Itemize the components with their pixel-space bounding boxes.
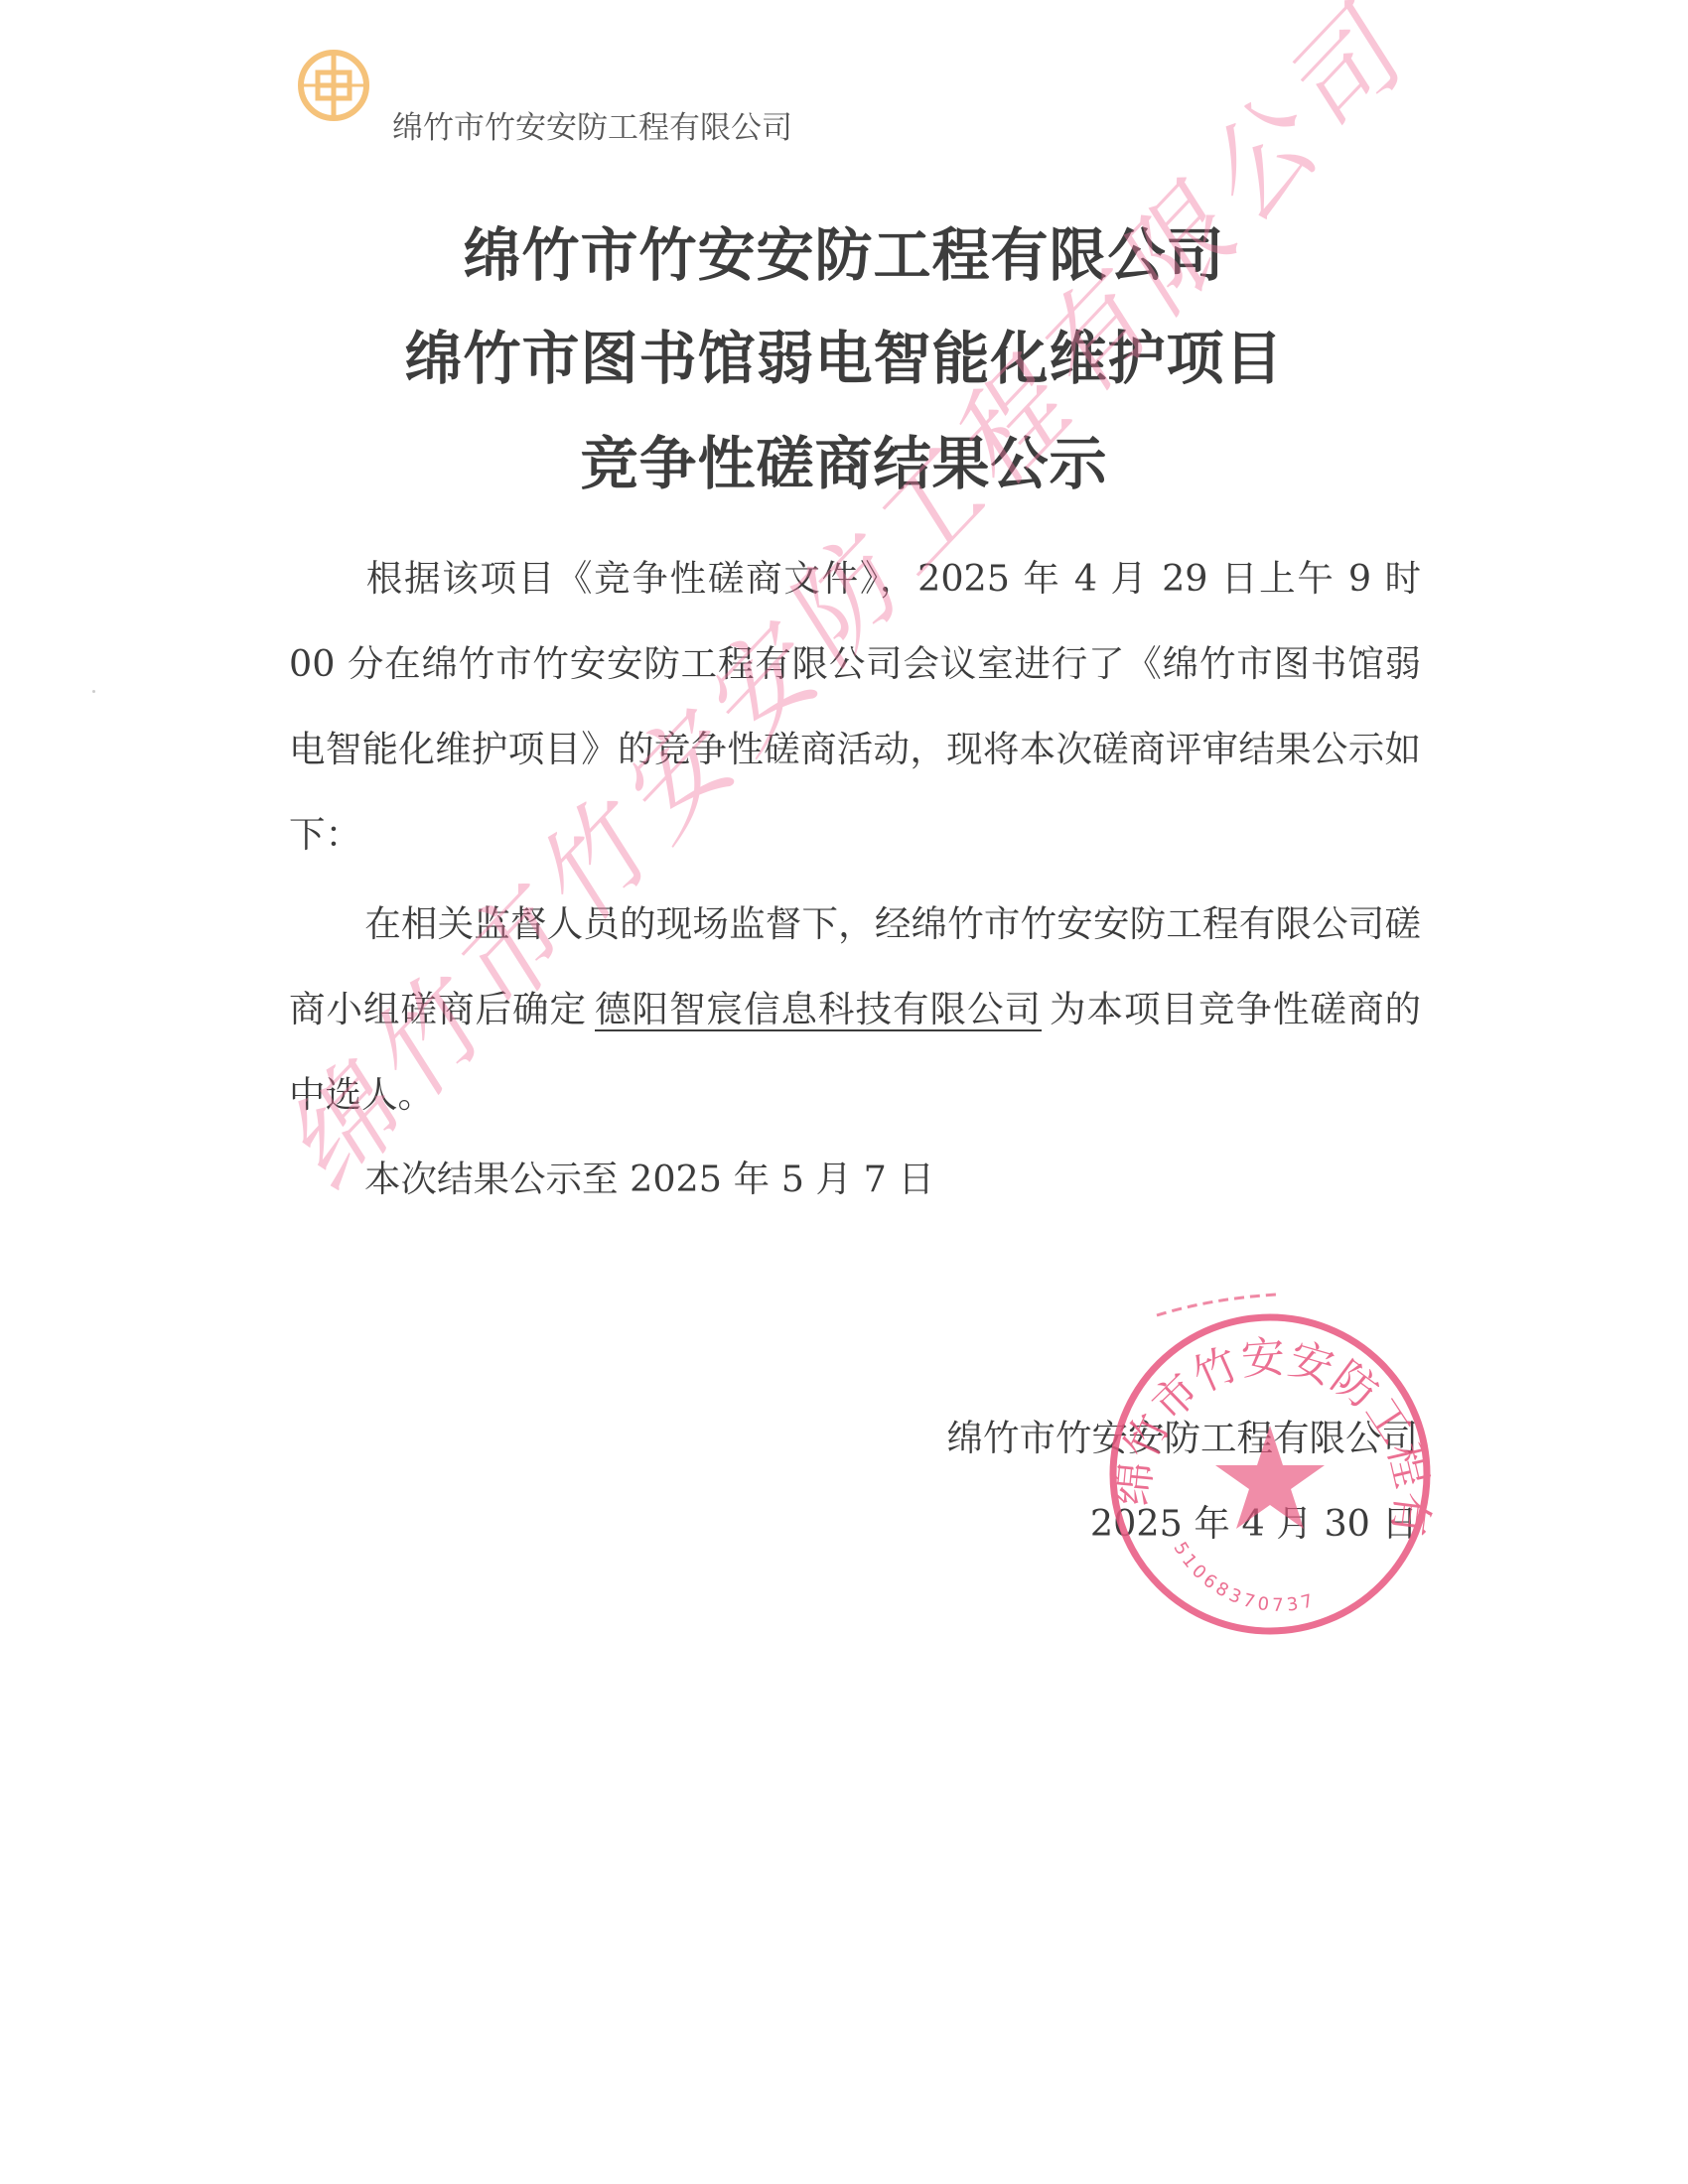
company-logo-icon	[296, 48, 371, 123]
winning-bidder: 德阳智宸信息科技有限公司	[587, 988, 1050, 1030]
scan-speck	[92, 690, 95, 693]
official-seal-icon: 绵竹市竹安安防工程有限公司 5106837073735	[1104, 1308, 1436, 1640]
title-company: 绵竹市竹安安防工程有限公司	[0, 208, 1688, 292]
letterhead-company-name: 绵竹市竹安安防工程有限公司	[392, 102, 792, 147]
stamp-smudge	[1152, 1291, 1291, 1320]
title-project: 绵竹市图书馆弱电智能化维护项目	[0, 312, 1688, 395]
paragraph-publicity-period: 本次结果公示至 2025 年 5 月 7 日	[289, 1137, 1421, 1222]
publicity-period-text: 本次结果公示至 2025 年 5 月 7 日	[364, 1158, 934, 1200]
